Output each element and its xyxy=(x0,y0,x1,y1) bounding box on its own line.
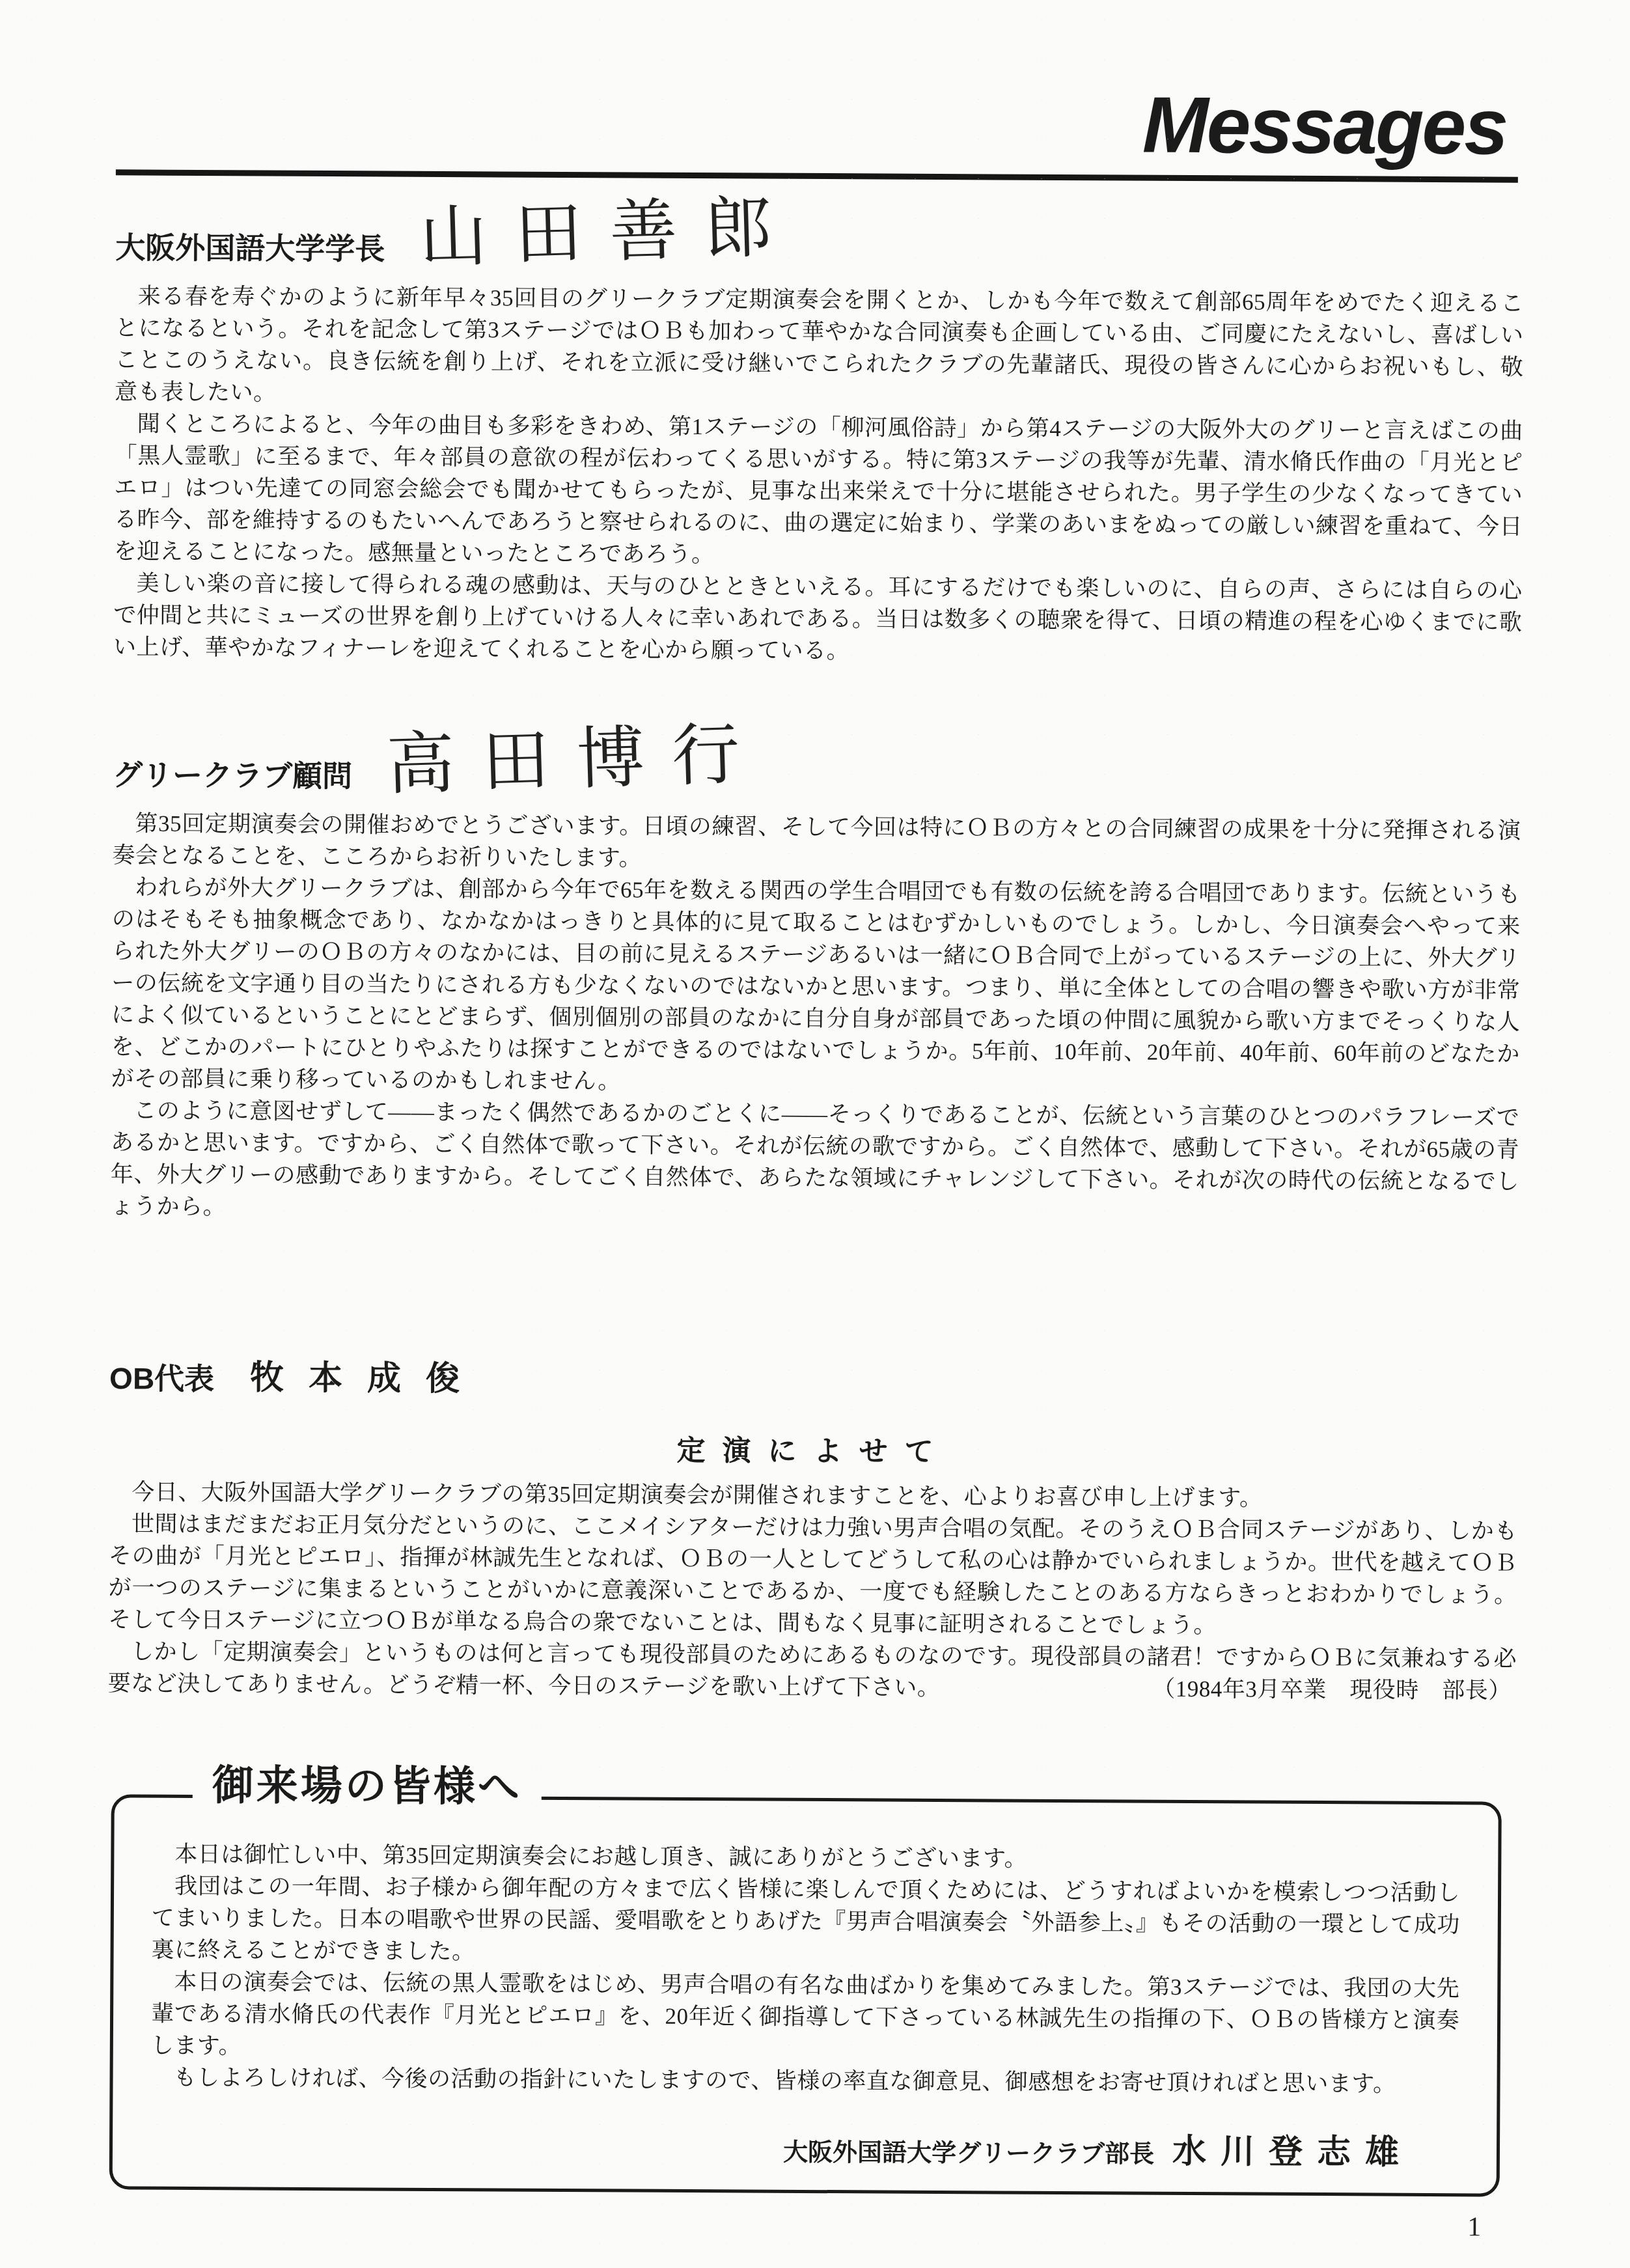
paragraph: 聞くところによると、今年の曲目も多彩をきわめ、第1ステージの「柳河風俗詩」から第… xyxy=(114,408,1523,574)
notice-box-signature: 大阪外国語大学グリークラブ部長水川登志雄 xyxy=(150,2118,1459,2174)
paragraph: 本日の演奏会では、伝統の黒人霊歌をはじめ、男声合唱の有名な曲ばかりを集めてみまし… xyxy=(151,1966,1460,2069)
author-role: グリークラブ顧問 xyxy=(113,759,352,800)
notice-box-body: 本日は御忙しい中、第35回定期演奏会にお越し頂き、誠にありがとうございます。 我… xyxy=(150,1838,1460,2101)
paragraph: もしよろしければ、今後の活動の指針にいたしますので、皆様の率直な御意見、御感想を… xyxy=(150,2062,1459,2101)
paragraph: 我団はこの一年間、お子様から御年配の方々まで広く皆様に楽しんで頂くためには、どう… xyxy=(151,1870,1460,1973)
title-rule xyxy=(116,169,1518,182)
section-heading: 大阪外国語大学学長 山田善郎 xyxy=(115,203,1525,278)
paragraph: 美しい楽の音に接して得られる魂の感動は、天与のひとときといえる。耳にするだけでも… xyxy=(113,567,1523,670)
message-subtitle: 定演によせて xyxy=(109,1424,1517,1473)
page-number: 1 xyxy=(1467,2211,1481,2243)
section-heading: OB代表 牧本成俊 xyxy=(109,1349,1518,1409)
page-title: Messages xyxy=(116,79,1519,166)
paragraph: 第35回定期演奏会の開催おめでとうございます。日頃の練習、そして今回は特にＯＢの… xyxy=(112,807,1521,878)
scanned-content: Messages 大阪外国語大学学長 山田善郎 来る春を寿ぐかのように新年早々3… xyxy=(0,0,1630,2268)
message-section-advisor: グリークラブ顧問 高田博行 第35回定期演奏会の開催おめでとうございます。日頃の… xyxy=(110,730,1521,1229)
message-body: 第35回定期演奏会の開催おめでとうございます。日頃の練習、そして今回は特にＯＢの… xyxy=(110,807,1521,1229)
signer-name: 水川登志雄 xyxy=(1172,2133,1413,2172)
visitors-notice-box: 御来場の皆様へ 本日は御忙しい中、第35回定期演奏会にお越し頂き、誠にありがとう… xyxy=(109,1794,1502,2196)
message-section-president: 大阪外国語大学学長 山田善郎 来る春を寿ぐかのように新年早々35回目のグリークラ… xyxy=(113,203,1525,670)
signature-handwriting: 高田博行 xyxy=(386,721,768,799)
notice-box-title: 御来場の皆様へ xyxy=(193,1764,542,1808)
message-body: 今日、大阪外国語大学グリークラブの第35回定期演奏会が開催されますことを、心より… xyxy=(108,1476,1518,1706)
program-page: Messages 大阪外国語大学学長 山田善郎 来る春を寿ぐかのように新年早々3… xyxy=(0,0,1630,2268)
author-role: OB代表 xyxy=(109,1362,214,1402)
message-section-ob-representative: OB代表 牧本成俊 定演によせて 今日、大阪外国語大学グリークラブの第35回定期… xyxy=(108,1349,1519,1706)
paragraph: われらが外大グリークラブは、創部から今年で65年を数える関西の学生合唱団でも有数… xyxy=(111,871,1521,1101)
page-header: Messages xyxy=(116,79,1519,182)
paragraph: 世間はまだまだお正月気分だというのに、ここメイシアターだけは力強い男声合唱の気配… xyxy=(108,1508,1517,1642)
paragraph: このように意図せずして——まったく偶然であるかのごとくに——そっくりであることが… xyxy=(110,1094,1519,1229)
author-name: 牧本成俊 xyxy=(250,1349,484,1404)
author-role: 大阪外国語大学学長 xyxy=(115,232,385,273)
section-heading: グリークラブ顧問 高田博行 xyxy=(113,730,1522,805)
signer-role: 大阪外国語大学グリークラブ部長 xyxy=(783,2139,1154,2168)
signature-handwriting: 山田善郎 xyxy=(419,194,801,273)
message-body: 来る春を寿ぐかのように新年早々35回目のグリークラブ定期演奏会を開くとか、しかも… xyxy=(113,280,1524,670)
paragraph: 来る春を寿ぐかのように新年早々35回目のグリークラブ定期演奏会を開くとか、しかも… xyxy=(115,280,1524,415)
